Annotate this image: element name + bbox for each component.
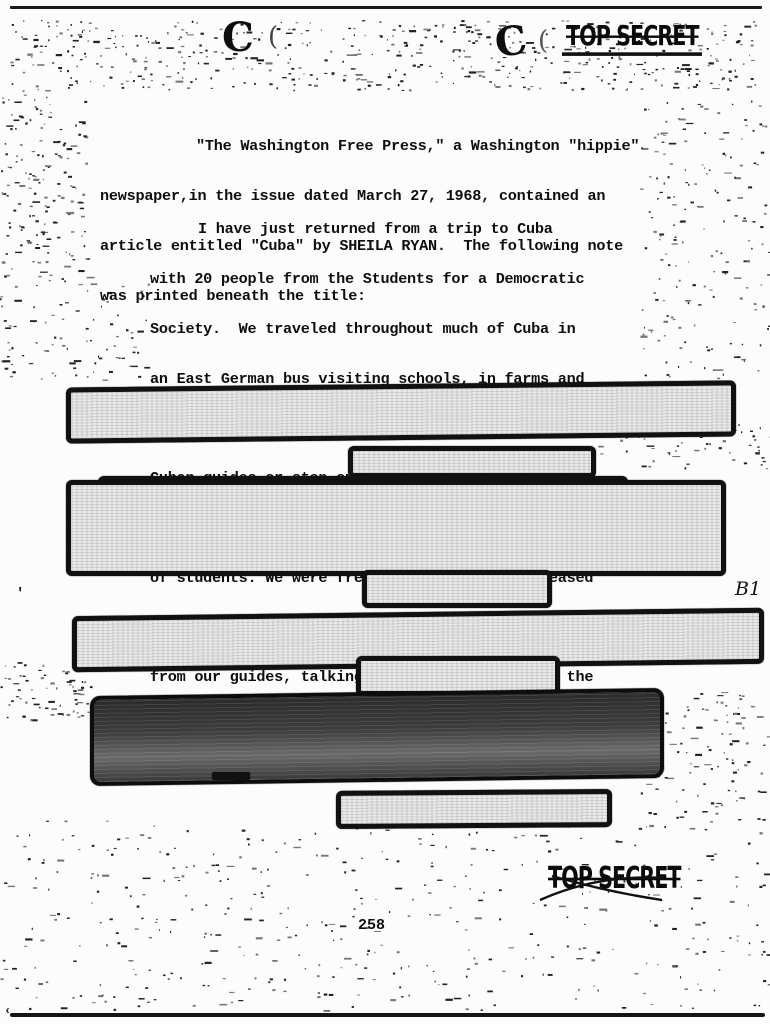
redaction-block <box>336 789 612 829</box>
redaction-block <box>66 380 736 443</box>
margin-tick-mark: ′ <box>16 586 24 602</box>
exemption-code-note: B1 <box>735 578 761 600</box>
redaction-block-dark <box>90 688 664 786</box>
redaction-block <box>362 570 552 608</box>
header-mark-c-left: C <box>222 14 254 61</box>
document-page: C ( C ( TOP SECRET "The Washington Free … <box>0 0 770 1024</box>
header-mark-paren-left: ( <box>268 22 278 52</box>
bottom-border-rule <box>10 1013 765 1017</box>
stamp-cross-out-lines <box>538 872 668 902</box>
header-mark-c-right: C <box>492 16 530 67</box>
classification-stamp-top: TOP SECRET <box>562 21 702 56</box>
intro-line: "The Washington Free Press," a Washingto… <box>100 138 639 155</box>
redaction-block <box>66 480 726 576</box>
redaction-block <box>348 446 596 478</box>
redaction-mark <box>212 772 250 780</box>
page-number: 258 <box>358 917 385 934</box>
quote-line: with 20 people from the Students for a D… <box>150 271 593 288</box>
quote-line: I have just returned from a trip to Cuba <box>150 221 593 238</box>
header-mark-paren-right: ( <box>538 26 548 56</box>
quote-line: Society. We traveled throughout much of … <box>150 321 593 338</box>
top-border-rule <box>10 6 762 9</box>
